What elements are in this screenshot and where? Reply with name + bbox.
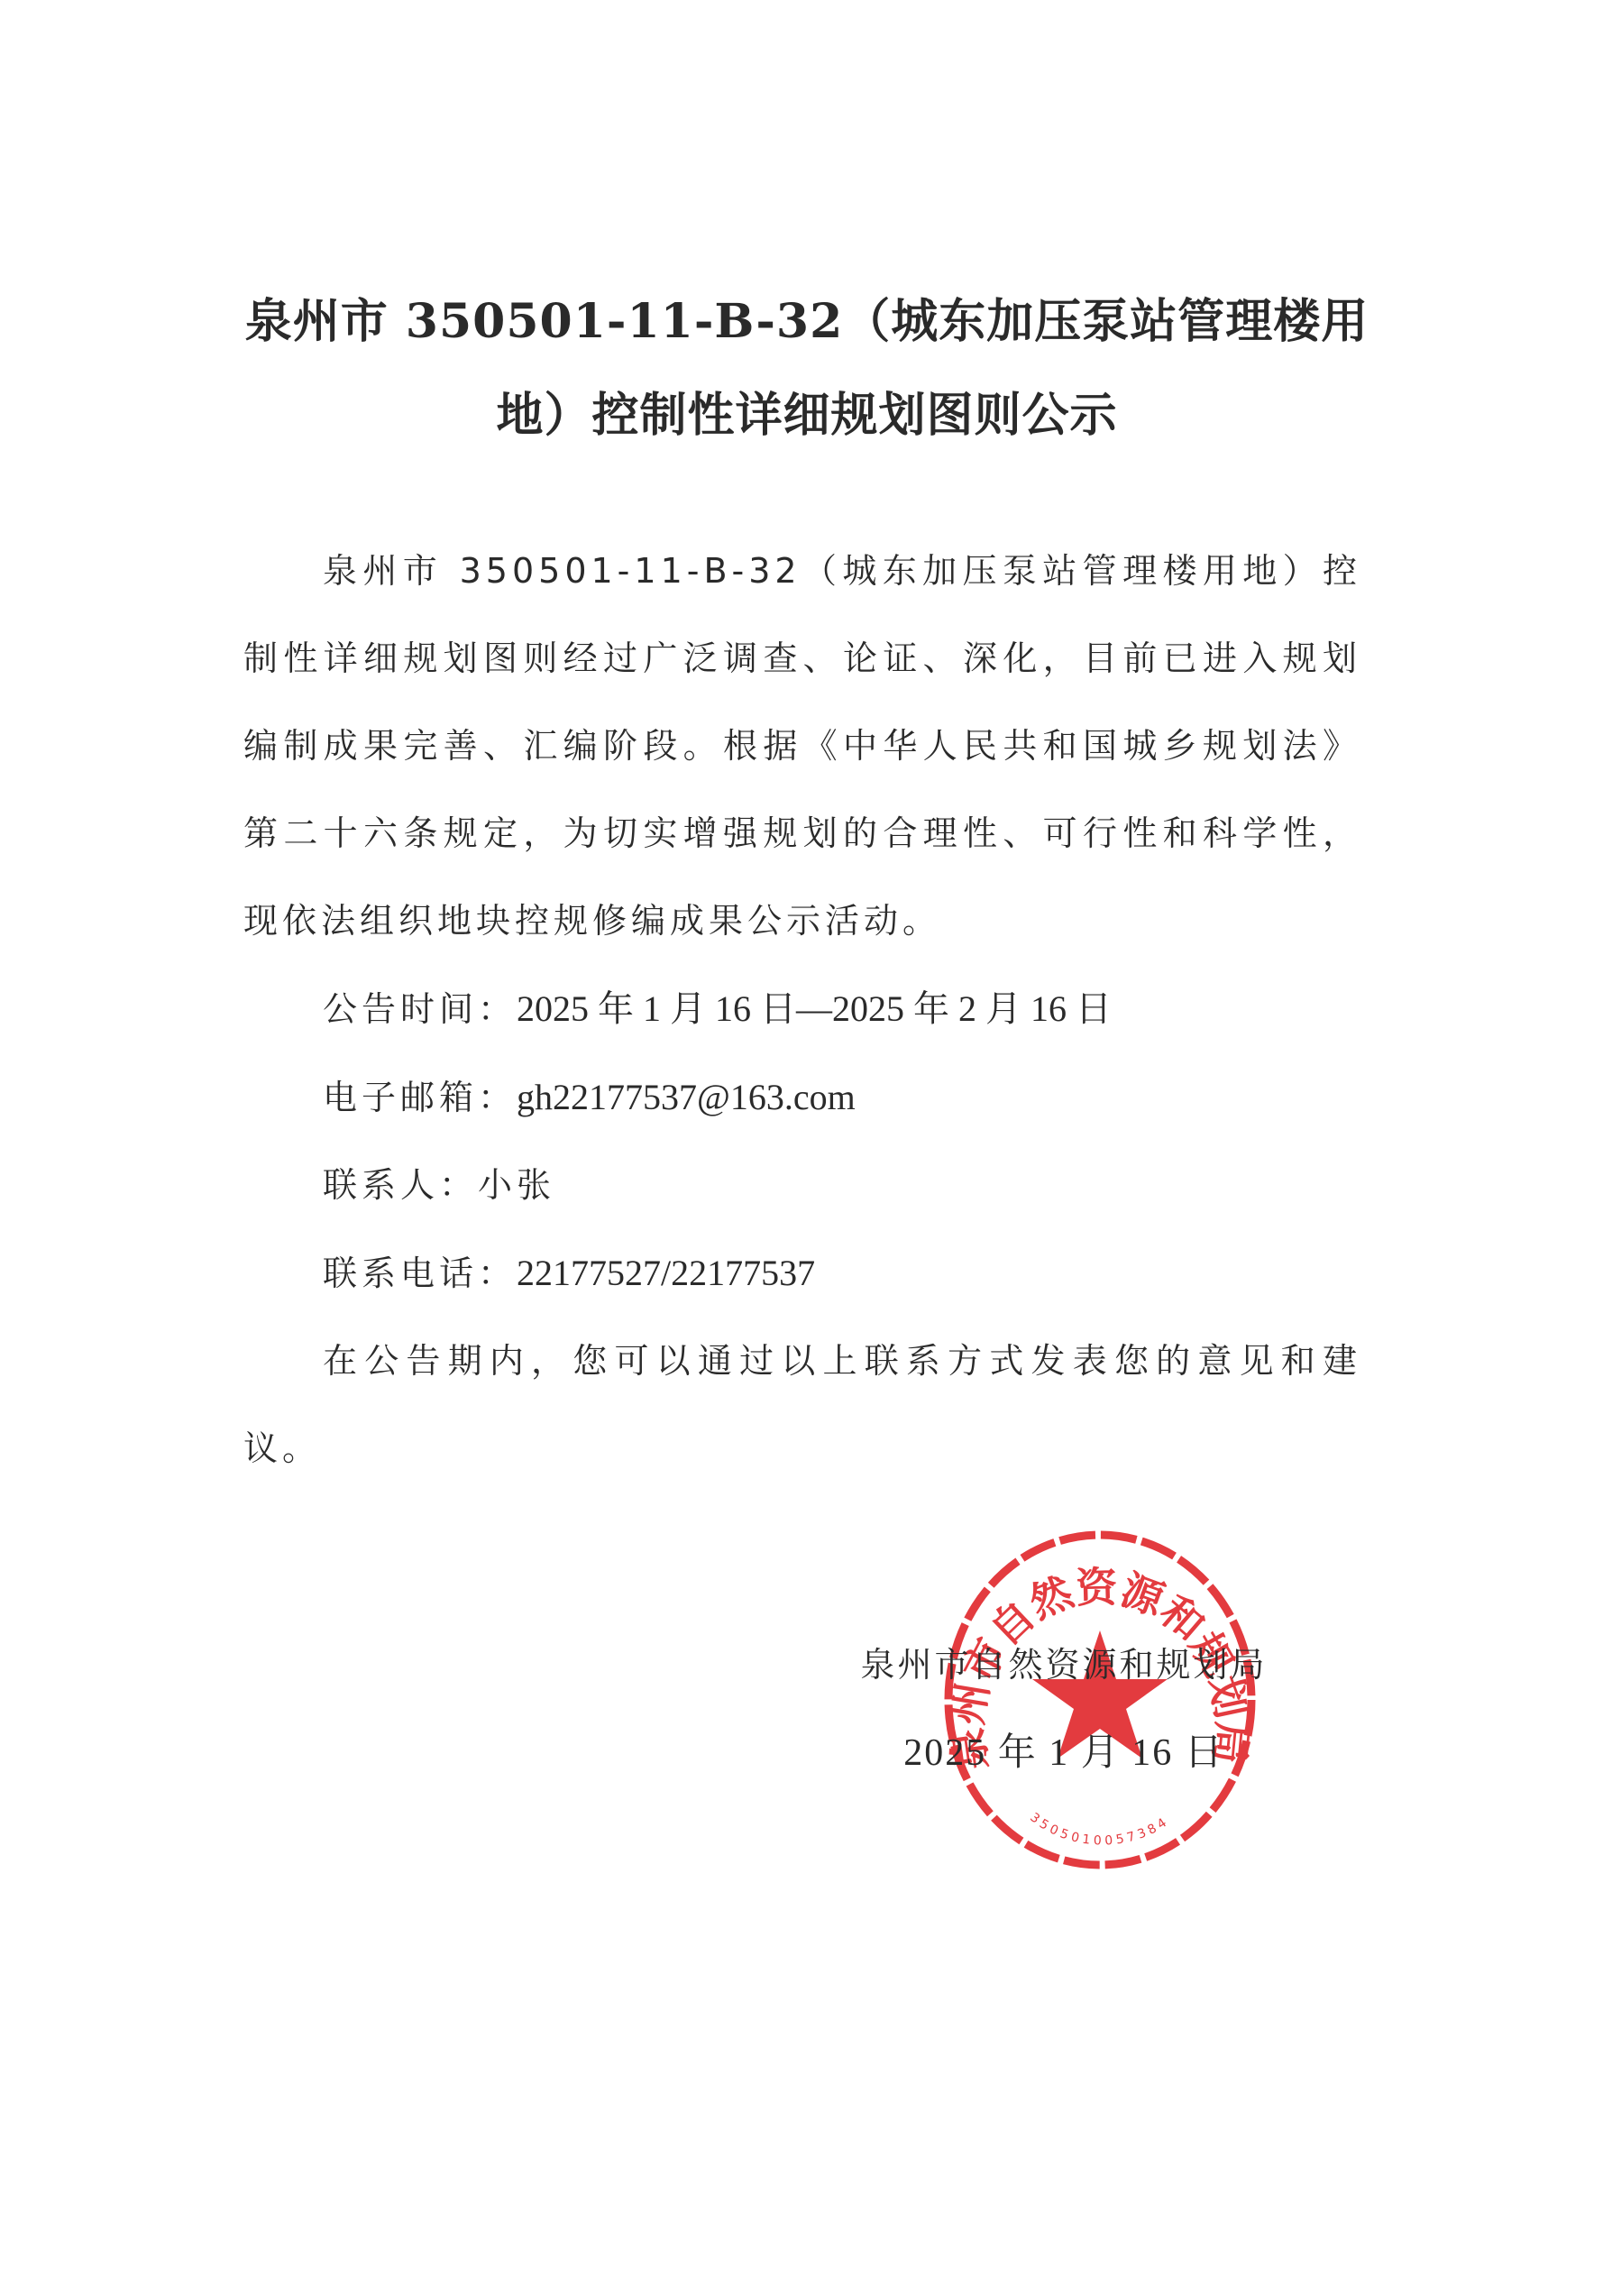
- contact-person-label: 联系人：: [323, 1165, 478, 1205]
- signature-date: 2025 年 1 月 16 日: [838, 1722, 1289, 1777]
- notice-period-label: 公告时间：: [323, 989, 517, 1029]
- intro-paragraph: 泉州市 350501-11-B-32（城东加压泵站管理楼用地）控制性详细规划图则…: [243, 528, 1361, 965]
- document-title: 泉州市 350501-11-B-32（城东加压泵站管理楼用 地）控制性详细规划图…: [234, 275, 1379, 463]
- notice-period-value: 2025 年 1 月 16 日—2025 年 2 月 16 日: [517, 988, 1112, 1029]
- notice-period-line: 公告时间：2025 年 1 月 16 日—2025 年 2 月 16 日: [243, 965, 1361, 1053]
- email-line: 电子邮箱：gh22177537@163.com: [243, 1053, 1361, 1142]
- closing-paragraph: 在公告期内，您可以通过以上联系方式发表您的意见和建议。: [243, 1318, 1361, 1492]
- title-line-1: 泉州市 350501-11-B-32（城东加压泵站管理楼用: [234, 275, 1379, 369]
- contact-phone-label: 联系电话：: [323, 1254, 517, 1293]
- contact-person-line: 联系人：小张: [243, 1142, 1361, 1229]
- email-label: 电子邮箱：: [323, 1078, 517, 1117]
- contact-phone-value: 22177527/22177537: [517, 1253, 815, 1293]
- seal-code: 3505010057384: [1027, 1810, 1172, 1848]
- contact-person-value: 小张: [478, 1165, 555, 1205]
- signature-organization: 泉州市自然资源和规划局: [838, 1637, 1289, 1686]
- contact-phone-line: 联系电话：22177527/22177537: [243, 1229, 1361, 1318]
- document-body: 泉州市 350501-11-B-32（城东加压泵站管理楼用地）控制性详细规划图则…: [243, 528, 1361, 1492]
- official-seal-icon: 泉州市自然资源和规划局 3505010057384: [938, 1524, 1262, 1876]
- title-line-2: 地）控制性详细规划图则公示: [234, 369, 1379, 463]
- email-value: gh22177537@163.com: [517, 1077, 856, 1117]
- svg-text:3505010057384: 3505010057384: [1027, 1810, 1172, 1848]
